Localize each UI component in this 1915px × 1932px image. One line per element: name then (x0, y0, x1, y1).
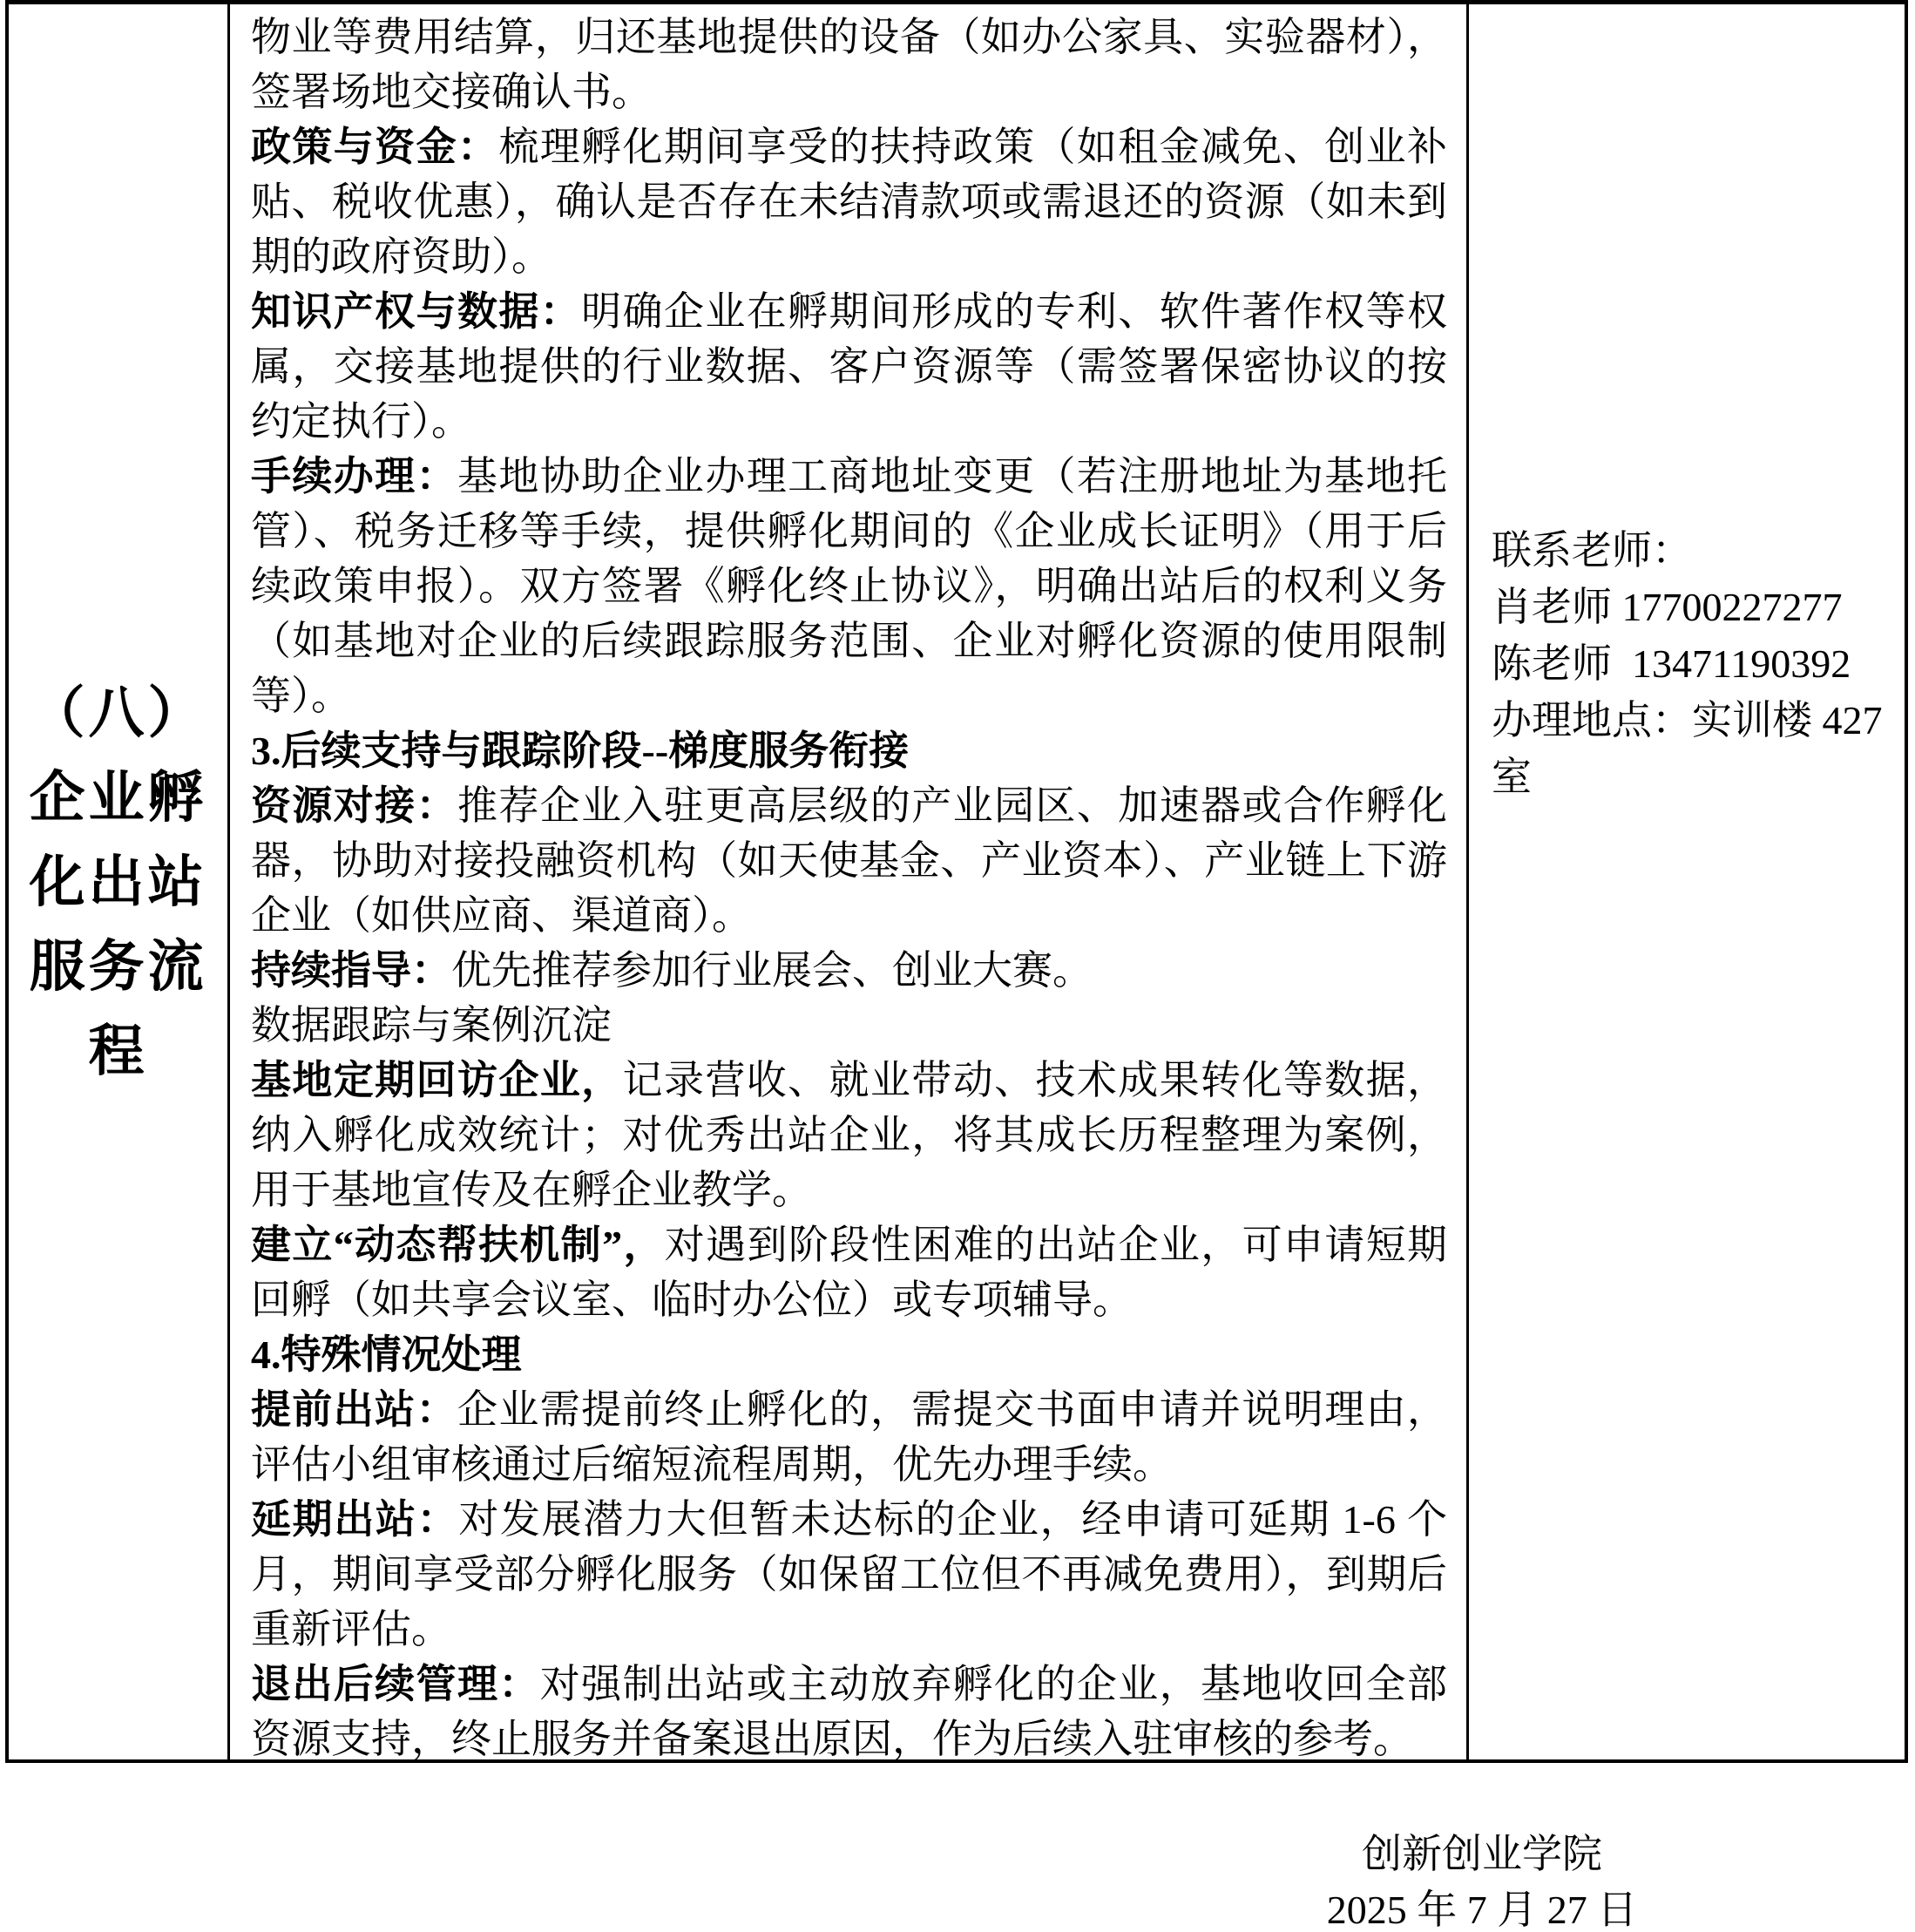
paragraph-lead: 政策与资金： (251, 125, 498, 169)
paragraph-lead: 提前出站： (251, 1387, 457, 1432)
contact-line: 联系老师： (1492, 522, 1883, 579)
process-content-cell: 物业等费用结算，归还基地提供的设备（如办公家具、实验器材），签署场地交接确认书。… (230, 4, 1469, 1759)
process-paragraph: 提前出站：企业需提前终止孵化的，需提交书面申请并说明理由，评估小组审核通过后缩短… (251, 1382, 1447, 1492)
process-paragraph: 手续办理：基地协助企业办理工商地址变更（若注册地址为基地托管）、税务迁移等手续，… (251, 449, 1447, 723)
process-paragraph: 数据跟踪与案例沉淀 (251, 998, 1447, 1053)
process-paragraph: 建立“动态帮扶机制”，对遇到阶段性困难的出站企业，可申请短期回孵（如共享会议室、… (251, 1217, 1447, 1327)
paragraph-lead: 退出后续管理： (251, 1662, 540, 1706)
paragraph-lead: 资源对接： (251, 783, 457, 828)
paragraph-lead: 建立“动态帮扶机制”， (251, 1223, 665, 1267)
process-paragraph: 基地定期回访企业，记录营收、就业带动、技术成果转化等数据，纳入孵化成效统计；对优… (251, 1053, 1447, 1217)
paragraph-lead: 知识产权与数据： (251, 289, 581, 334)
process-paragraph: 退出后续管理：对强制出站或主动放弃孵化的企业，基地收回全部资源支持，终止服务并备… (251, 1657, 1447, 1759)
paragraph-lead: 持续指导： (251, 948, 451, 993)
row-title: （八）企业孵化出站服务流程 (20, 671, 217, 1094)
process-paragraph: 3.后续支持与跟踪阶段--梯度服务衔接 (251, 723, 1447, 778)
document-page: （八）企业孵化出站服务流程 物业等费用结算，归还基地提供的设备（如办公家具、实验… (0, 0, 1915, 1932)
process-paragraph: 资源对接：推荐企业入驻更高层级的产业园区、加速器或合作孵化器，协助对接投融资机构… (251, 778, 1447, 943)
paragraph-lead: 4.特殊情况处理 (251, 1332, 522, 1377)
contact-line: 室 (1492, 749, 1883, 805)
process-paragraph: 延期出站：对发展潜力大但暂未达标的企业，经申请可延期 1-6 个月，期间享受部分… (251, 1492, 1447, 1657)
contact-cell: 联系老师：肖老师 17700227277陈老师 13471190392办理地点：… (1469, 4, 1905, 1759)
process-paragraph: 持续指导：优先推荐参加行业展会、创业大赛。 (251, 943, 1447, 998)
contact-line: 陈老师 13471190392 (1492, 635, 1883, 692)
contact-block: 联系老师：肖老师 17700227277陈老师 13471190392办理地点：… (1492, 522, 1883, 805)
footer-date: 2025 年 7 月 27 日 (1264, 1882, 1700, 1932)
process-paragraph: 知识产权与数据：明确企业在孵期间形成的专利、软件著作权等权属，交接基地提供的行业… (251, 284, 1447, 449)
contact-line: 办理地点：实训楼 427 (1492, 692, 1883, 749)
paragraph-lead: 3.后续支持与跟踪阶段--梯度服务衔接 (251, 729, 909, 773)
service-process-table: （八）企业孵化出站服务流程 物业等费用结算，归还基地提供的设备（如办公家具、实验… (5, 0, 1908, 1763)
process-paragraph: 政策与资金：梳理孵化期间享受的扶持政策（如租金减免、创业补贴、税收优惠），确认是… (251, 119, 1447, 284)
paragraph-lead: 延期出站： (251, 1497, 458, 1542)
process-paragraph: 物业等费用结算，归还基地提供的设备（如办公家具、实验器材），签署场地交接确认书。 (251, 10, 1447, 119)
row-header-cell: （八）企业孵化出站服务流程 (9, 4, 230, 1759)
contact-line: 肖老师 17700227277 (1492, 579, 1883, 635)
paragraph-lead: 手续办理： (251, 454, 457, 498)
footer-organization: 创新创业学院 (1264, 1827, 1700, 1881)
paragraph-lead: 基地定期回访企业， (251, 1058, 623, 1102)
process-paragraph: 4.特殊情况处理 (251, 1327, 1447, 1382)
